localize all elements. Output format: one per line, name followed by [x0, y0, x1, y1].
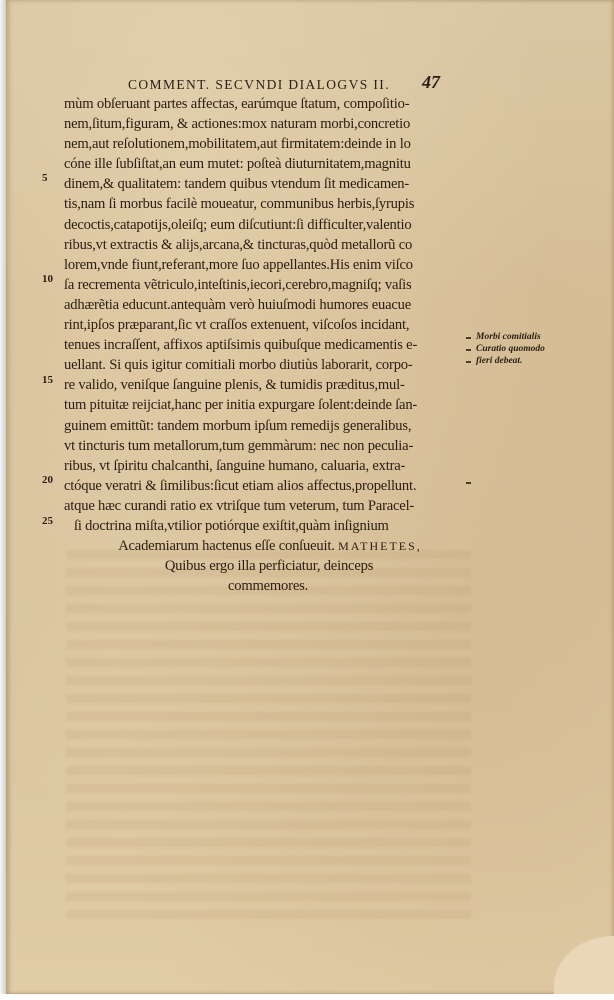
text-line: tenues incraſſent, affixos aptiſsimis qu…	[64, 335, 464, 355]
text-line: cóne ille ſubſiſtat,an eum mutet: poſteà…	[64, 154, 464, 174]
text-line: ſa recrementa vẽtriculo,inteſtinis,iecor…	[64, 275, 464, 295]
line-number-20: 20	[42, 474, 53, 486]
text-line: adhærẽtia educunt.antequàm verò huiuſmod…	[64, 295, 464, 315]
running-head: COMMENT. SECVNDI DIALOGVS II.	[128, 77, 390, 93]
text-line: tum pituitæ reijciat,hanc per initia exp…	[64, 395, 464, 415]
marginal-note-line: fieri debeat.	[476, 355, 556, 367]
marginal-bracket-mark	[466, 361, 471, 363]
line-number-5: 5	[42, 172, 48, 184]
text-line: re valido, veniſque ſanguine plenis, & t…	[64, 375, 464, 395]
text-line: mùm obſeruant partes affectas, earúmque …	[64, 94, 464, 114]
body-text: mùm obſeruant partes affectas, earúmque …	[64, 94, 464, 596]
text-line: uellant. Si quis igitur comitiali morbo …	[64, 355, 464, 375]
page-corner	[554, 936, 614, 994]
page-number: 47	[422, 72, 440, 93]
text-line: atque hæc curandi ratio ex vtriſque tum …	[64, 496, 464, 516]
text-line: vt tincturis tum metallorum,tum gemmàrum…	[64, 436, 464, 456]
text-line: tis,nam ſi morbus facilè moueatur, commu…	[64, 194, 464, 214]
show-through-text	[66, 550, 471, 920]
text-line: rint,ipſos præparant,ſic vt craſſos exte…	[64, 315, 464, 335]
line-number-15: 15	[42, 374, 53, 386]
text-line: ribus, vt ſpiritu chalcanthi, ſanguine h…	[64, 456, 464, 476]
text-line: nem,aut reſolutionem,mobilitatem,aut fir…	[64, 134, 464, 154]
closing-line: Academiarum hactenus eſſe conſueuit. MAT…	[64, 536, 464, 556]
line-number-25: 25	[42, 515, 53, 527]
marginal-note: Morbi comitialis Curatio quomodo fieri d…	[476, 331, 556, 367]
question-line: commemores.	[64, 576, 464, 596]
closing-line-text: Academiarum hactenus eſſe conſueuit.	[118, 538, 334, 554]
text-line: nem,ſitum,figuram, & actiones:mox natura…	[64, 114, 464, 134]
speaker-name: MATHETES,	[338, 539, 422, 553]
text-line: ribus,vt extractis & alijs,arcana,& tinc…	[64, 235, 464, 255]
text-line: decoctis,catapotijs,oleiſq; eum diſcutiu…	[64, 215, 464, 235]
text-line: guinem emittũt: tandem morbum ipſum reme…	[64, 416, 464, 436]
marginal-bracket-mark	[466, 349, 471, 351]
text-line: ſi doctrina miſta,vtilior potiórque exiſ…	[64, 516, 464, 536]
line-number-10: 10	[42, 273, 53, 285]
marginal-note-line: Curatio quomodo	[476, 343, 556, 355]
text-line: lorem,vnde fiunt,referant,more ſuo appel…	[64, 255, 464, 275]
marginal-note-line: Morbi comitialis	[476, 331, 556, 343]
marginal-bracket-mark	[466, 337, 471, 339]
text-line: dinem,& qualitatem: tandem quibus vtendu…	[64, 174, 464, 194]
marginal-dash-mark	[466, 482, 471, 484]
text-line: ctóque veratri & ſimilibus:ſicut etiam a…	[64, 476, 464, 496]
question-line: Quibus ergo illa perficiatur, deinceps	[64, 556, 464, 576]
